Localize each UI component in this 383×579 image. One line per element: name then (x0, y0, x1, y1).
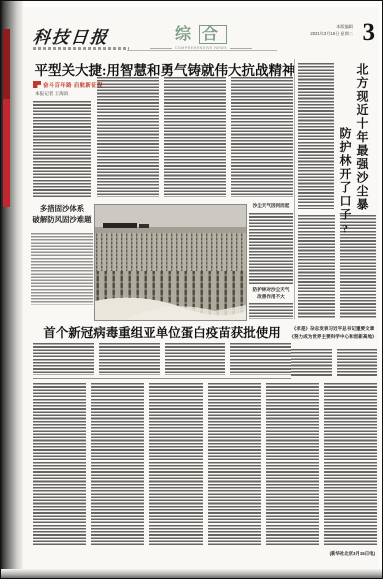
section-char: 综 (175, 26, 197, 43)
body-text-block (99, 343, 160, 375)
bottom-article-cols (33, 383, 377, 545)
newspaper-page: 科技日报 综合 COMPREHENSIVE NEWS 本版编辑 2021年3月1… (23, 7, 379, 569)
caption-text-block (31, 233, 93, 305)
masthead-underline (33, 47, 129, 50)
photo-feature-title-line2: 破解防风固沙难题 (29, 214, 95, 225)
body-text-block (249, 213, 293, 285)
sandstorm-subhead1: 沙尘天气因何而起 (249, 203, 293, 210)
body-text-block (91, 383, 144, 545)
body-text-block (149, 383, 202, 545)
sidebar-top-col (298, 63, 334, 209)
desert-sand-grid-photo (94, 204, 247, 321)
section-char-boxed: 合 (199, 25, 227, 44)
body-text-block (340, 215, 377, 319)
flag-icon (33, 81, 41, 88)
article-divider (33, 378, 291, 379)
body-text-block (298, 215, 335, 319)
body-text-block (165, 343, 226, 375)
news-agency-dateline: (新华社北京3月15日电) (330, 551, 375, 557)
body-text-block (249, 303, 293, 319)
qiushi-intro-cols (291, 349, 377, 377)
photo-feature-title: 多措固沙体系 破解防风固沙难题 (29, 203, 95, 225)
body-text-block (164, 77, 226, 197)
photo-feature-title-line1: 多措固沙体系 (29, 203, 95, 214)
photo-right-col (249, 213, 293, 285)
qiushi-headline: 《求是》杂志发表习近平总书记重要文章 《努力成为世界主要科学中心和创新高地》 (289, 325, 377, 342)
main-article-cols (97, 77, 293, 197)
sandstorm-subhead2: 防护林对沙尘天气 改善作用不大 (249, 287, 293, 301)
vaccine-article-headline: 首个新冠病毒重组亚单位蛋白疫苗获批使用 (31, 323, 293, 341)
sandstorm-headline-line1: 北方现近十年最强沙尘暴 (354, 63, 371, 213)
photo-caption (31, 233, 93, 305)
body-text-block (208, 383, 261, 545)
main-article-headline: 平型关大捷:用智慧和勇气铸就伟大抗战精神 (31, 59, 299, 79)
body-text-block (33, 383, 86, 545)
section-rule (127, 50, 277, 51)
body-text-block (33, 101, 91, 197)
scan-bottom-edge (1, 569, 382, 578)
edition-info: 本版编辑 2021年3月16日 星期二 (243, 23, 353, 37)
masthead-brand: 科技日报 (32, 23, 145, 49)
date-line: 2021年3月16日 星期二 (243, 30, 353, 37)
spine-red-strip-top (3, 29, 10, 99)
body-text-block (266, 383, 319, 545)
photo-right-col2 (249, 303, 293, 319)
body-text-block (230, 343, 291, 375)
page-number: 3 (363, 19, 376, 47)
body-text-block (33, 343, 94, 375)
sidebar-divider (294, 59, 295, 319)
body-text-block (324, 383, 377, 545)
sandstorm-subhead2-line1: 防护林对沙尘天气 (249, 287, 293, 294)
main-article-byline: 本报记者 王海滨 (35, 91, 68, 97)
sandstorm-subhead2-line2: 改善作用不大 (249, 294, 293, 301)
vaccine-body-cols (33, 343, 291, 375)
series-tag-label: 奋斗百年路 启航新征程 (43, 81, 103, 89)
body-text-block (337, 349, 378, 377)
body-text-block (291, 349, 332, 377)
qiushi-headline-line1: 《求是》杂志发表习近平总书记重要文章 (289, 325, 377, 333)
editor-line: 本版编辑 (243, 23, 353, 30)
body-text-block (231, 77, 293, 197)
main-article-col1 (33, 101, 91, 197)
qiushi-headline-line2: 《努力成为世界主要科学中心和创新高地》 (289, 333, 377, 341)
scanned-newspaper-frame: 科技日报 综合 COMPREHENSIVE NEWS 本版编辑 2021年3月1… (0, 0, 383, 579)
spine-red-strip (3, 99, 10, 207)
body-text-block (298, 63, 334, 209)
sidebar-lower-cols (298, 215, 376, 319)
body-text-block (97, 77, 159, 197)
